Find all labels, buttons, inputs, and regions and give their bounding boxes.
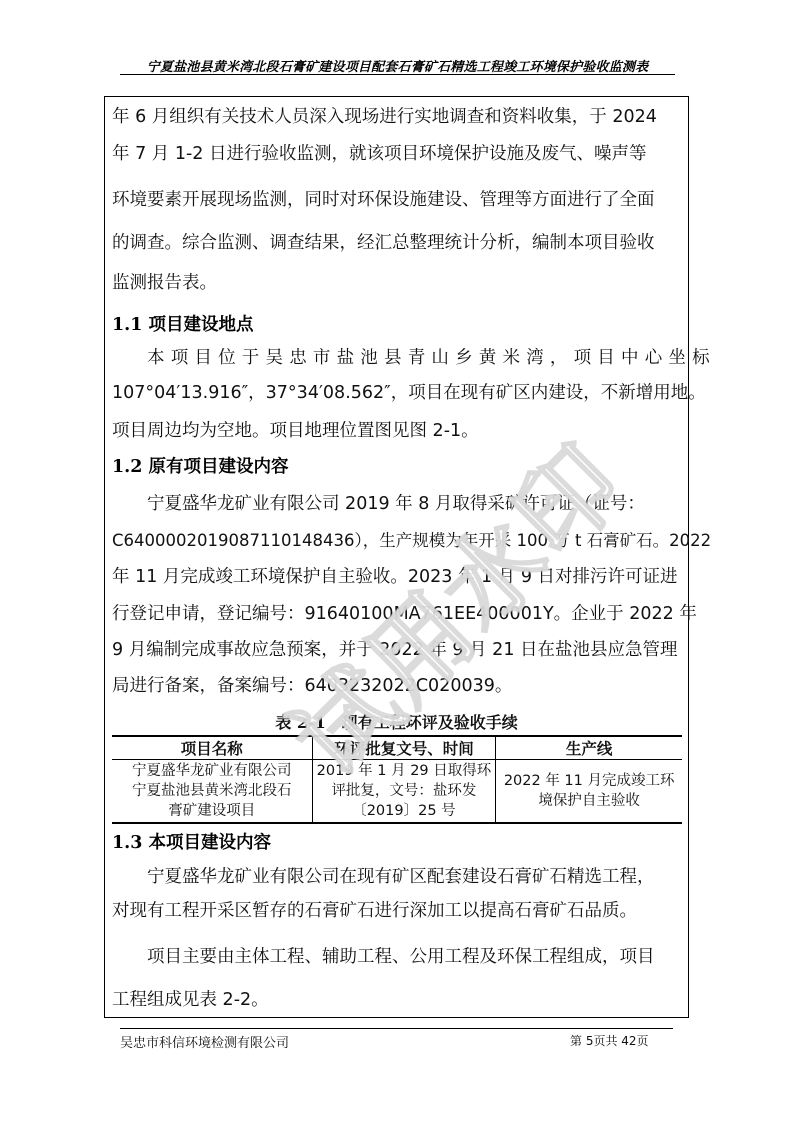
section-1-2-line-6: 局进行备案，备案编号：6403232022C020039。 [112, 675, 684, 697]
table-row: 宁夏盛华龙矿业有限公司 宁夏盐池县黄米湾北段石 膏矿建设项目 2019 年 1 … [112, 760, 682, 824]
section-1-2-line-1: 宁夏盛华龙矿业有限公司 2019 年 8 月取得采矿许可证（证号： [147, 493, 684, 515]
table-caption-title: 现有工程环评及验收手续 [342, 713, 518, 732]
cell-line: 2022 年 11 月完成竣工环 [498, 771, 680, 791]
intro-line-1: 年 6 月组织有关技术人员深入现场进行实地调查和资料收集，于 2024 [112, 106, 684, 128]
section-heading-1-3: 1.3 本项目建设内容 [112, 832, 271, 854]
cell-line: 境保护自主验收 [498, 791, 680, 811]
cell-line: 宁夏盐池县黄米湾北段石 [114, 781, 310, 801]
cell-line: 〔2019〕25 号 [315, 801, 494, 821]
footer-rule [120, 1028, 673, 1029]
table-caption-number: 表 2-1 [275, 713, 325, 732]
existing-project-table: 项目名称 环评批复文号、时间 生产线 宁夏盛华龙矿业有限公司 宁夏盐池县黄米湾北… [112, 735, 682, 824]
section-1-2-line-2: C6400002019087110148436），生产规模为年开采 100 万 … [112, 530, 684, 552]
section-1-3-line-4: 工程组成见表 2-2。 [112, 989, 684, 1011]
section-heading-1-2: 1.2 原有项目建设内容 [112, 456, 289, 478]
cell-production-line: 2022 年 11 月完成竣工环 境保护自主验收 [496, 760, 682, 824]
col-approval: 环评批复文号、时间 [312, 736, 496, 760]
section-1-2-line-5: 9 月编制完成事故应急预案，并于 2022 年 9 月 21 日在盐池县应急管理 [112, 639, 684, 661]
col-production-line: 生产线 [496, 736, 682, 760]
footer-page-number: 第 5页共 42页 [570, 1032, 649, 1049]
intro-line-3: 环境要素开展现场监测，同时对环保设施建设、管理等方面进行了全面 [112, 189, 684, 211]
section-1-1-line-1: 本项目位于吴忠市盐池县青山乡黄米湾，项目中心坐标 [147, 347, 684, 369]
cell-line: 评批复，文号：盐环发 [315, 781, 494, 801]
section-heading-1-1: 1.1 项目建设地点 [112, 314, 254, 336]
table-header-row: 项目名称 环评批复文号、时间 生产线 [112, 736, 682, 760]
cell-line: 2019 年 1 月 29 日取得环 [315, 761, 494, 781]
cell-approval: 2019 年 1 月 29 日取得环 评批复，文号：盐环发 〔2019〕25 号 [312, 760, 496, 824]
section-1-3-line-3: 项目主要由主体工程、辅助工程、公用工程及环保工程组成，项目 [147, 946, 684, 968]
col-project-name: 项目名称 [112, 736, 312, 760]
section-1-1-line-2: 107°04′13.916″，37°34′08.562″，项目在现有矿区内建设，… [112, 382, 684, 404]
cell-project-name: 宁夏盛华龙矿业有限公司 宁夏盐池县黄米湾北段石 膏矿建设项目 [112, 760, 312, 824]
section-1-1-line-3: 项目周边均为空地。项目地理位置图见图 2-1。 [112, 420, 684, 442]
section-1-3-line-1: 宁夏盛华龙矿业有限公司在现有矿区配套建设石膏矿石精选工程， [147, 866, 684, 888]
cell-line: 宁夏盛华龙矿业有限公司 [114, 761, 310, 781]
intro-line-5: 监测报告表。 [112, 272, 684, 294]
page-header-rule [120, 74, 675, 75]
section-1-2-line-3: 年 11 月完成竣工环境保护自主验收。2023 年 1 月 9 日对排污许可证进 [112, 566, 684, 588]
table-caption: 表 2-1现有工程环评及验收手续 [104, 710, 689, 733]
intro-line-4: 的调查。综合监测、调查结果，经汇总整理统计分析，编制本项目验收 [112, 232, 684, 254]
page-header-title: 宁夏盐池县黄米湾北段石膏矿建设项目配套石膏矿石精选工程竣工环境保护验收监测表 [120, 56, 675, 75]
intro-line-2: 年 7 月 1-2 日进行验收监测，就该项目环境保护设施及废气、噪声等 [112, 143, 684, 165]
section-1-3-line-2: 对现有工程开采区暂存的石膏矿石进行深加工以提高石膏矿石品质。 [112, 900, 684, 922]
cell-line: 膏矿建设项目 [114, 801, 310, 821]
section-1-2-line-4: 行登记申请，登记编号：91640100MA761EE400001Y。企业于 20… [112, 603, 684, 625]
footer-company: 吴忠市科信环境检测有限公司 [120, 1032, 289, 1051]
